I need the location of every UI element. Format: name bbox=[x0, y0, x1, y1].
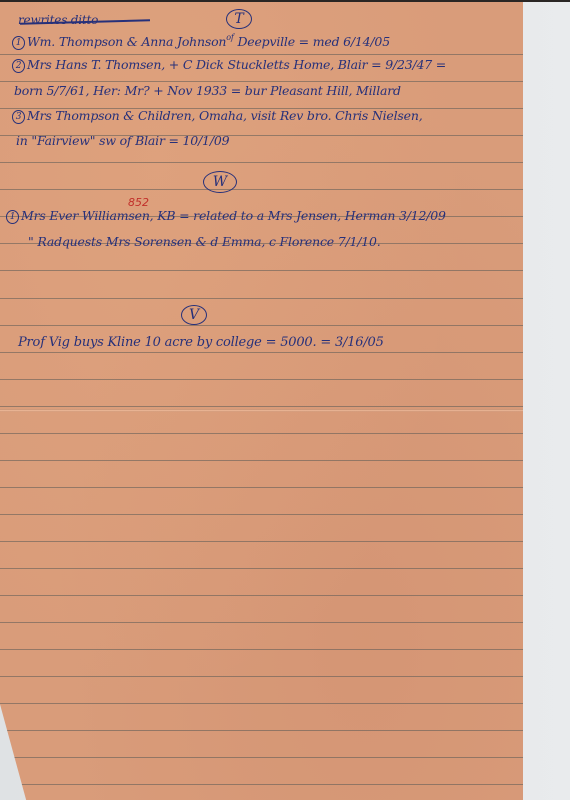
entry-number-circle: 3 bbox=[12, 110, 25, 124]
ruled-line bbox=[0, 325, 523, 326]
ruled-line bbox=[0, 406, 523, 407]
ruled-line bbox=[0, 649, 523, 650]
ruled-line bbox=[0, 568, 523, 569]
ruled-line bbox=[0, 757, 523, 758]
entry-t-1: 1Wm. Thompson & Anna Johnsonof Deepville… bbox=[12, 33, 390, 50]
section-letter: W bbox=[213, 174, 227, 190]
ruled-line bbox=[0, 676, 523, 677]
entry-w-1-continuation: " Radquests Mrs Sorensen & d Emma, c Flo… bbox=[28, 234, 381, 249]
entry-superscript: of bbox=[226, 33, 233, 42]
entry-t-3: 3Mrs Thompson & Children, Omaha, visit R… bbox=[12, 108, 422, 124]
ruled-line bbox=[0, 352, 523, 353]
ruled-line bbox=[0, 514, 523, 515]
entry-v-1: Prof Vig buys Kline 10 acre by college =… bbox=[18, 335, 384, 350]
entry-text: Mrs Ever Williamsen, KB = related to a M… bbox=[21, 208, 446, 223]
ruled-line bbox=[0, 730, 523, 731]
ruled-line bbox=[0, 460, 523, 461]
ruled-line bbox=[0, 784, 523, 785]
section-letter-circle-w: W bbox=[203, 171, 237, 193]
ruled-line bbox=[0, 298, 523, 299]
scan-top-edge bbox=[0, 0, 570, 2]
entry-text: Mrs Hans T. Thomsen, + C Dick Stuckletts… bbox=[27, 57, 446, 72]
ruled-line bbox=[0, 81, 523, 82]
entry-t-2-continuation: born 5/7/61, Her: Mr? + Nov 1933 = bur P… bbox=[14, 83, 401, 98]
ruled-line bbox=[0, 595, 523, 596]
section-letter-circle-v: V bbox=[181, 305, 207, 325]
entry-number-circle: 1 bbox=[6, 210, 19, 224]
ruled-line bbox=[0, 703, 523, 704]
ruled-line bbox=[0, 54, 523, 55]
entry-number-circle: 2 bbox=[12, 59, 25, 73]
entry-text-after: Deepville = med 6/14/05 bbox=[237, 34, 390, 49]
entry-t-2: 2Mrs Hans T. Thomsen, + C Dick Stucklett… bbox=[12, 57, 446, 73]
entry-text: Mrs Thompson & Children, Omaha, visit Re… bbox=[27, 108, 422, 123]
entry-number-circle: 1 bbox=[12, 36, 25, 50]
entry-t-3-continuation: in "Fairview" sw of Blair = 10/1/09 bbox=[16, 133, 229, 148]
ruled-line bbox=[0, 622, 523, 623]
entry-text: Wm. Thompson & Anna Johnson bbox=[27, 34, 226, 49]
ruled-line bbox=[0, 162, 523, 163]
ruled-line bbox=[0, 433, 523, 434]
ruled-line bbox=[0, 487, 523, 488]
section-letter: T bbox=[234, 11, 243, 27]
notebook-page: rewrites ditto T 1Wm. Thompson & Anna Jo… bbox=[0, 2, 523, 800]
section-letter: V bbox=[189, 307, 199, 323]
paper-fold-crease bbox=[0, 409, 523, 412]
section-letter-circle-t: T bbox=[226, 9, 252, 29]
ruled-line bbox=[0, 270, 523, 271]
ruled-line bbox=[0, 379, 523, 380]
ruled-line bbox=[0, 189, 523, 190]
ruled-line bbox=[0, 541, 523, 542]
entry-w-1: 1Mrs Ever Williamsen, KB = related to a … bbox=[6, 208, 446, 224]
